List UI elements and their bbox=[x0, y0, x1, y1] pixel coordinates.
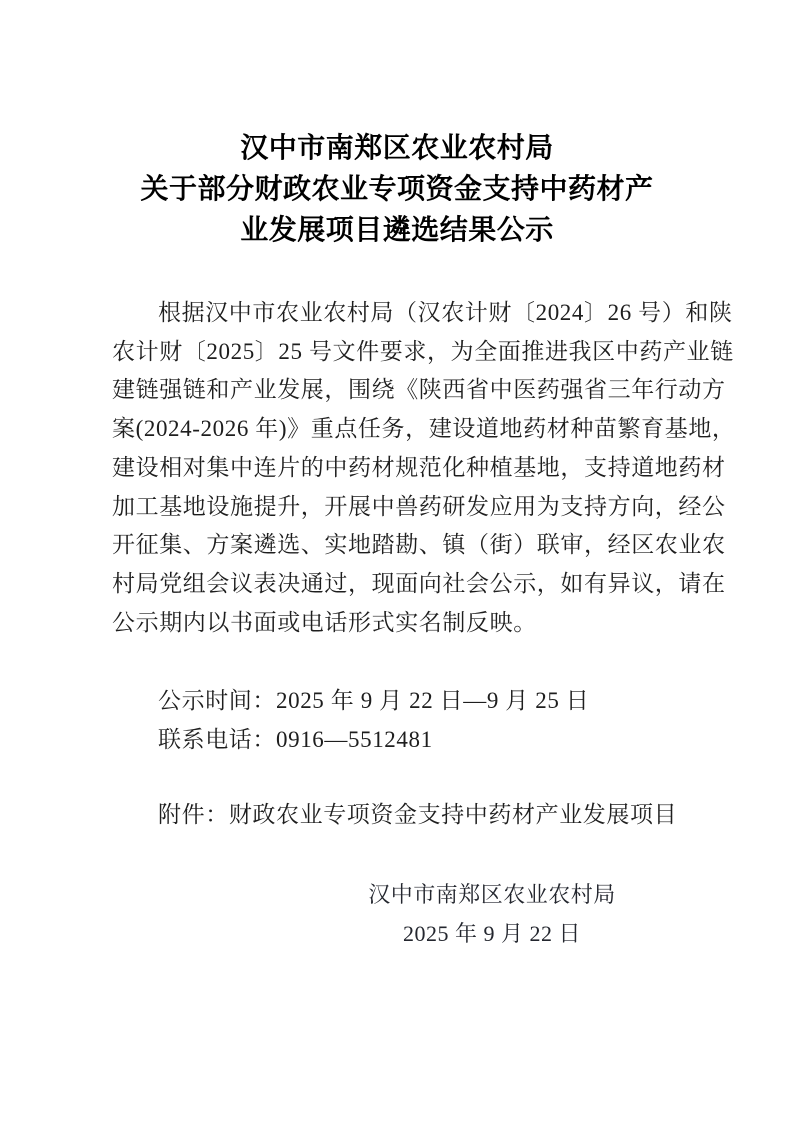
paragraph-line: 案(2024-2026 年)》重点任务，建设道地药材种苗繁育基地， bbox=[112, 410, 682, 449]
contact-phone-label: 联系电话： bbox=[158, 727, 276, 752]
document-title: 汉中市南郑区农业农村局 关于部分财政农业专项资金支持中药材产 业发展项目遴选结果… bbox=[112, 128, 682, 251]
paragraph-line: 建设相对集中连片的中药材规范化种植基地，支持道地药材 bbox=[112, 449, 682, 488]
paragraph-line: 根据汉中市农业农村局（汉农计财〔2024〕26 号）和陕 bbox=[112, 294, 682, 333]
paragraph-line: 开征集、方案遴选、实地踏勘、镇（街）联审，经区农业农 bbox=[112, 526, 682, 565]
publicity-period-row: 公示时间：2025 年 9 月 22 日—9 月 25 日 bbox=[112, 682, 682, 721]
signature-block: 汉中市南郑区农业农村局 2025 年 9 月 22 日 bbox=[342, 876, 642, 953]
title-line-1: 汉中市南郑区农业农村局 bbox=[112, 128, 682, 169]
contact-phone-row: 联系电话：0916—5512481 bbox=[112, 721, 682, 760]
document-page: 汉中市南郑区农业农村局 关于部分财政农业专项资金支持中药材产 业发展项目遴选结果… bbox=[0, 0, 792, 1121]
attachment-title: 财政农业专项资金支持中药材产业发展项目 bbox=[229, 802, 677, 827]
publicity-period-label: 公示时间： bbox=[158, 688, 276, 713]
attachment-label: 附件： bbox=[158, 802, 229, 827]
paragraph-line: 加工基地设施提升，开展中兽药研发应用为支持方向，经公 bbox=[112, 488, 682, 527]
paragraph-line: 农计财〔2025〕25 号文件要求，为全面推进我区中药产业链 bbox=[112, 333, 682, 372]
title-line-3: 业发展项目遴选结果公示 bbox=[112, 210, 682, 251]
signature-org: 汉中市南郑区农业农村局 bbox=[342, 876, 642, 915]
contact-phone-value: 0916—5512481 bbox=[276, 727, 433, 752]
paragraph-line: 建链强链和产业发展，围绕《陕西省中医药强省三年行动方 bbox=[112, 371, 682, 410]
notice-info: 公示时间：2025 年 9 月 22 日—9 月 25 日 联系电话：0916—… bbox=[112, 682, 682, 759]
title-line-2: 关于部分财政农业专项资金支持中药材产 bbox=[112, 169, 682, 210]
signature-date: 2025 年 9 月 22 日 bbox=[342, 915, 642, 954]
body-paragraph: 根据汉中市农业农村局（汉农计财〔2024〕26 号）和陕 农计财〔2025〕25… bbox=[112, 294, 682, 642]
attachment-row: 附件：财政农业专项资金支持中药材产业发展项目 bbox=[112, 796, 682, 835]
paragraph-line: 公示期内以书面或电话形式实名制反映。 bbox=[112, 604, 682, 643]
paragraph-line: 村局党组会议表决通过，现面向社会公示，如有异议，请在 bbox=[112, 565, 682, 604]
publicity-period-value: 2025 年 9 月 22 日—9 月 25 日 bbox=[276, 688, 589, 713]
